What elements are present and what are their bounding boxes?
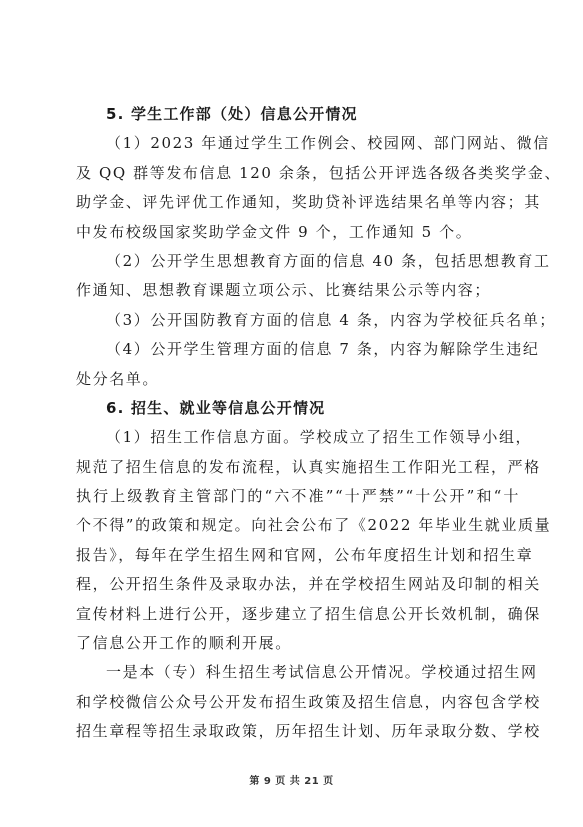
text-line: （1）招生工作信息方面。学校成立了招生工作领导小组， bbox=[76, 423, 520, 452]
document-page: 5. 学生工作部（处）信息公开情况 （1）2023 年通过学生工作例会、校园网、… bbox=[76, 100, 520, 747]
paragraph: （3）公开国防教育方面的信息 4 条，内容为学校征兵名单； bbox=[76, 306, 520, 335]
paragraph: 一是本（专）科生招生考试信息公开情况。学校通过招生网 和学校微信公众号公开发布招… bbox=[76, 658, 520, 746]
page-number-footer: 第 9 页 共 21 页 bbox=[0, 772, 583, 787]
section-heading: 6. 招生、就业等信息公开情况 bbox=[76, 394, 520, 423]
text-line: 了信息公开工作的顺利开展。 bbox=[76, 629, 520, 658]
paragraph: （1）招生工作信息方面。学校成立了招生工作领导小组， 规范了招生信息的发布流程，… bbox=[76, 423, 520, 658]
text-line: 作通知、思想教育课题立项公示、比赛结果公示等内容； bbox=[76, 276, 520, 305]
paragraph: （1）2023 年通过学生工作例会、校园网、部门网站、微信 及 QQ 群等发布信… bbox=[76, 129, 520, 247]
text-line: 和学校微信公众号公开发布招生政策及招生信息，内容包含学校 bbox=[76, 688, 520, 717]
text-line: 招生章程等招生录取政策，历年招生计划、历年录取分数、学校 bbox=[76, 717, 520, 746]
text-line: （4）公开学生管理方面的信息 7 条，内容为解除学生违纪 bbox=[76, 335, 520, 364]
section-heading: 5. 学生工作部（处）信息公开情况 bbox=[76, 100, 520, 129]
text-line: 执行上级教育主管部门的“六不准”“十严禁”“十公开”和“十 bbox=[76, 482, 520, 511]
text-line: （2）公开学生思想教育方面的信息 40 条，包括思想教育工 bbox=[76, 247, 520, 276]
text-line: 个不得”的政策和规定。向社会公布了《2022 年毕业生就业质量 bbox=[76, 511, 520, 540]
text-line: 程，公开招生条件及录取办法，并在学校招生网站及印制的相关 bbox=[76, 570, 520, 599]
text-line: （1）2023 年通过学生工作例会、校园网、部门网站、微信 bbox=[76, 129, 520, 158]
text-line: 处分名单。 bbox=[76, 365, 520, 394]
text-line: 规范了招生信息的发布流程，认真实施招生工作阳光工程，严格 bbox=[76, 453, 520, 482]
paragraph: （2）公开学生思想教育方面的信息 40 条，包括思想教育工 作通知、思想教育课题… bbox=[76, 247, 520, 306]
text-line: 一是本（专）科生招生考试信息公开情况。学校通过招生网 bbox=[76, 658, 520, 687]
paragraph: （4）公开学生管理方面的信息 7 条，内容为解除学生违纪 处分名单。 bbox=[76, 335, 520, 394]
text-line: 报告》，每年在学生招生网和官网，公布年度招生计划和招生章 bbox=[76, 541, 520, 570]
text-line: （3）公开国防教育方面的信息 4 条，内容为学校征兵名单； bbox=[76, 306, 520, 335]
text-line: 宣传材料上进行公开，逐步建立了招生信息公开长效机制，确保 bbox=[76, 600, 520, 629]
text-line: 及 QQ 群等发布信息 120 余条，包括公开评选各级各类奖学金、 bbox=[76, 159, 520, 188]
text-line: 中发布校级国家奖助学金文件 9 个，工作通知 5 个。 bbox=[76, 218, 520, 247]
text-line: 助学金、评先评优工作通知，奖助贷补评选结果名单等内容；其 bbox=[76, 188, 520, 217]
